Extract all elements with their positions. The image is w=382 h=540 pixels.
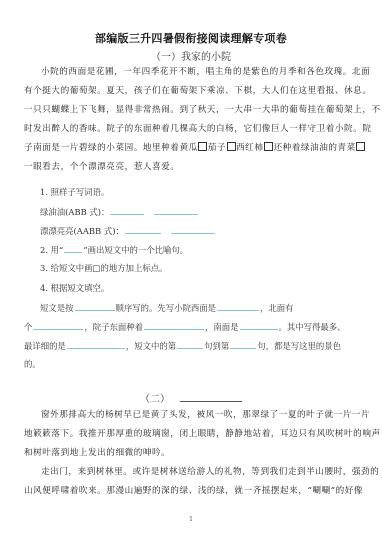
- question-4-line3: 最详细的是，短文中的第句到第句，都是写这里的景色: [24, 339, 341, 352]
- text: 个: [24, 322, 32, 332]
- answer-blank[interactable]: [110, 205, 144, 215]
- text: ，北面有: [260, 303, 294, 313]
- question-1b: 漂漂亮亮(AABB 式)：: [40, 224, 216, 237]
- label: 漂漂亮亮(AABB 式)：: [40, 226, 124, 236]
- text: 子南面是一片碧绿的小菜园。地里种着黄瓜: [24, 143, 198, 153]
- text: 顺序写的。先写小院西面是: [116, 303, 217, 313]
- page-number: 1: [0, 516, 382, 523]
- question-3: 3. 给短文中画□的地方加上标点。: [40, 262, 167, 274]
- paragraph-line: 地簌簌落下。我推开那厚重的玻璃窗，闭上眼睛，静静地站着，耳边只有风吹树叶的响声: [24, 428, 360, 440]
- label: ”画出短文中的一个比喻句。: [83, 245, 188, 255]
- document-page: 部编版三升四暑假衔接阅读理解专项卷 （一）我家的小院 小院的西面是花圃，一年四季…: [0, 0, 382, 540]
- section1-heading: （一）我家的小院: [0, 48, 382, 63]
- text: ，南面是: [205, 322, 239, 332]
- punctuation-box[interactable]: [356, 142, 365, 151]
- answer-blank[interactable]: [75, 301, 115, 311]
- answer-blank[interactable]: [177, 339, 203, 349]
- question-1a: 绿油油(ABB 式)：: [40, 205, 199, 218]
- answer-blank[interactable]: [125, 224, 161, 234]
- answer-blank[interactable]: [171, 224, 215, 234]
- paragraph-line: 和树叶落到地上发出的细微的呻吟。: [24, 447, 360, 459]
- answer-blank[interactable]: [230, 339, 256, 349]
- text: 西红柿: [236, 143, 263, 153]
- question-1: 1. 照样子写词语。: [40, 186, 109, 198]
- label: 绿油油(ABB 式)：: [40, 207, 109, 217]
- paragraph-line: 一只只蝴蝶上下飞舞，显得非常热闹。到了秋天，一大串一大串的葡萄挂在葡萄架上，不: [24, 104, 360, 116]
- question-4-line4: 的。: [24, 358, 41, 370]
- answer-blank[interactable]: [154, 205, 198, 215]
- question-2: 2. 用“”画出短文中的一个比喻句。: [40, 243, 188, 256]
- punctuation-box[interactable]: [198, 142, 207, 151]
- text: 短文是按: [40, 303, 74, 313]
- text: 最详细的是: [24, 341, 66, 351]
- paragraph-line: 走出门，来到树林里。或许是树林送给游人的礼物，等到我们走到半山腰时，强劲的: [24, 466, 360, 478]
- answer-blank[interactable]: [67, 339, 125, 349]
- answer-blank[interactable]: [240, 320, 278, 330]
- question-4: 4. 根据短文填空。: [40, 282, 109, 294]
- heading-text: （二）: [140, 394, 170, 405]
- paragraph-line: 山风便呼啸着吹来。那漫山遍野的深的绿、浅的绿，就一齐摇摆起来，“唰唰”的好像: [24, 485, 360, 497]
- text: ，短文中的第: [126, 341, 176, 351]
- document-title: 部编版三升四暑假衔接阅读理解专项卷: [0, 30, 382, 46]
- paragraph-line: 有个挺大的葡萄架。夏天，孩子们在葡萄架下乘凉、下棋，大人们在这里看报、休息。: [24, 85, 360, 97]
- text: 还种着绿油油的青菜: [273, 143, 355, 153]
- text: 。其中写得最多、: [279, 322, 346, 332]
- label: 2. 用“: [40, 245, 63, 255]
- paragraph-line-with-boxes: 子南面是一片碧绿的小菜园。地里种着黄瓜茄子西红柿还种着绿油油的青菜: [24, 142, 360, 154]
- question-4-line1: 短文是按顺序写的。先写小院西面是，北面有: [40, 301, 294, 314]
- text: 句，都是写这里的景色: [257, 341, 341, 351]
- punctuation-box[interactable]: [227, 142, 236, 151]
- paragraph-line: 小院的西面是花圃，一年四季花开不断，唱主角的是紫色的月季和各色玫瑰。北面: [24, 66, 360, 78]
- title-blank[interactable]: [180, 392, 242, 402]
- text: 茄子: [208, 143, 226, 153]
- paragraph-line: 窗外那排高大的杨树早已是黄了头发，被风一吹，那翠绿了一夏的叶子就一片一片: [24, 409, 360, 421]
- paragraph-line: 一眼看去，个个漂漂亮亮，惹人喜爱。: [24, 161, 360, 173]
- question-4-line2: 个，院子东面种着，南面是。其中写得最多、: [24, 320, 346, 333]
- underline-sample: [64, 243, 82, 253]
- section2-heading: （二）: [0, 390, 382, 405]
- text: ，院子东面种着: [84, 322, 143, 332]
- punctuation-box[interactable]: [264, 142, 273, 151]
- answer-blank[interactable]: [33, 320, 83, 330]
- paragraph-line: 时发出醉人的香味。院子的东面种着几棵高大的白杨，它们像巨人一样守卫着小院。院: [24, 123, 360, 135]
- answer-blank[interactable]: [144, 320, 204, 330]
- answer-blank[interactable]: [217, 301, 259, 311]
- text: 句到第: [204, 341, 229, 351]
